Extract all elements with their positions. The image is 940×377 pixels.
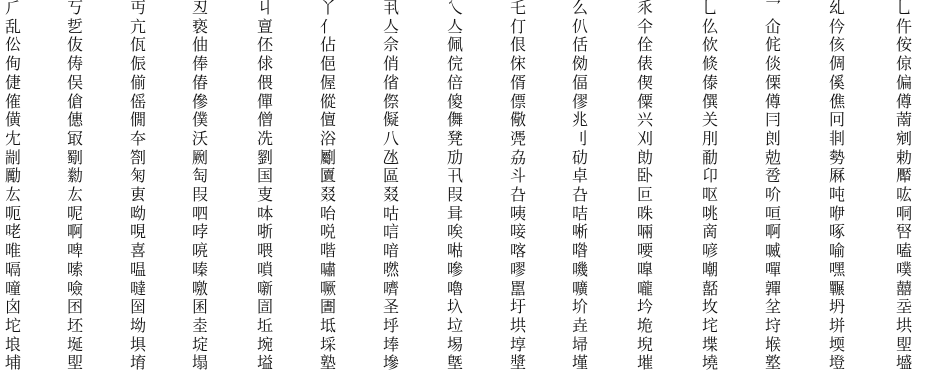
grid-cell: 啊 bbox=[765, 222, 787, 241]
grid-cell: 呦 bbox=[130, 204, 152, 223]
grid-cell: 僡 bbox=[67, 110, 89, 129]
grid-cell: 垪 bbox=[829, 316, 851, 335]
grid-cell: 倐 bbox=[702, 54, 724, 73]
grid-cell: 僤 bbox=[257, 92, 279, 111]
grid-cell: 叴 bbox=[572, 185, 594, 204]
grid-cell: 乀 bbox=[447, 0, 469, 17]
grid-cell: 唯 bbox=[5, 241, 27, 260]
grid-cell: 劦 bbox=[510, 148, 532, 167]
grid-cell: 剕 bbox=[829, 129, 851, 148]
grid-cell: 叚 bbox=[192, 185, 214, 204]
grid-cell: 儆 bbox=[510, 110, 532, 129]
grid-cell: 倍 bbox=[447, 73, 469, 92]
grid-cell: 喭 bbox=[702, 241, 724, 260]
grid-cell: 关 bbox=[702, 110, 724, 129]
grid-cell: 僄 bbox=[510, 92, 532, 111]
grid-cell: 俕 bbox=[510, 54, 532, 73]
grid-cell: 亢 bbox=[130, 17, 152, 36]
grid-cell: 哾 bbox=[320, 222, 342, 241]
grid-cell: 呬 bbox=[192, 204, 214, 223]
grid-cell: 劢 bbox=[447, 148, 469, 167]
grid-cell: 堞 bbox=[702, 335, 724, 354]
grid-row: 呃呢呦呬呠咍咕咠咦咭咮咷咺咿哃 bbox=[0, 204, 940, 223]
grid-cell: 傖 bbox=[67, 92, 89, 111]
grid-cell: 僎 bbox=[702, 92, 724, 111]
grid-cell: 堲 bbox=[67, 353, 89, 372]
grid-cell: 嘇 bbox=[447, 260, 469, 279]
grid-row: 傕傖傜傪僤傱傺傻僄僇僳僎僔僬僔 bbox=[0, 92, 940, 111]
grid-cell: 冃 bbox=[765, 110, 787, 129]
grid-cell: 亼 bbox=[383, 17, 405, 36]
grid-row: 僙僡僩僕僧儃儗儛儆兆兴关冃冋萳 bbox=[0, 110, 940, 129]
grid-cell: 埲 bbox=[383, 335, 405, 354]
grid-cell: 傱 bbox=[320, 92, 342, 111]
grid-cell: 嚭 bbox=[702, 279, 724, 298]
grid-cell: 夲 bbox=[130, 129, 152, 148]
grid-row: 埌埏埧埞埦埰埲埸埻埽堄堞堠堧堲 bbox=[0, 335, 940, 354]
grid-cell: 囶 bbox=[130, 297, 152, 316]
grid-cell: 坍 bbox=[829, 297, 851, 316]
grid-cell: 僔 bbox=[765, 92, 787, 111]
grid-cell: 喈 bbox=[320, 241, 342, 260]
grid-cell: 塌 bbox=[192, 353, 214, 372]
grid-cell: 哱 bbox=[192, 222, 214, 241]
grid-cell: 匊 bbox=[130, 166, 152, 185]
grid-cell: 圣 bbox=[383, 297, 405, 316]
grid-cell: 嚲 bbox=[765, 279, 787, 298]
grid-cell: 嗝 bbox=[5, 260, 27, 279]
grid-cell: 僕 bbox=[192, 110, 214, 129]
grid-cell: 勢 bbox=[829, 148, 851, 167]
grid-cell: 囟 bbox=[5, 297, 27, 316]
grid-cell: 噇 bbox=[5, 279, 27, 298]
grid-cell: 伾 bbox=[257, 35, 279, 54]
grid-cell: 唉 bbox=[447, 222, 469, 241]
grid-cell: 伷 bbox=[192, 35, 214, 54]
grid-cell: 塧 bbox=[257, 353, 279, 372]
grid-cell: 喓 bbox=[637, 241, 659, 260]
grid-cell: 坌 bbox=[765, 297, 787, 316]
grid-cell: 坵 bbox=[257, 316, 279, 335]
grid-cell: 斗 bbox=[510, 166, 532, 185]
grid-cell: 埰 bbox=[320, 335, 342, 354]
grid-cell: 剆 bbox=[765, 129, 787, 148]
grid-cell: 圿 bbox=[572, 297, 594, 316]
grid-cell: 呢 bbox=[67, 204, 89, 223]
grid-cell: 剜 bbox=[896, 129, 918, 148]
grid-cell: 埦 bbox=[257, 335, 279, 354]
grid-cell: 俦 bbox=[67, 54, 89, 73]
grid-cell: 傒 bbox=[829, 73, 851, 92]
grid-cell: 劂 bbox=[192, 148, 214, 167]
grid-cell: 堲 bbox=[896, 335, 918, 354]
grid-cell: 叕 bbox=[320, 185, 342, 204]
grid-cell: 吨 bbox=[829, 185, 851, 204]
grid-cell: 坯 bbox=[67, 316, 89, 335]
grid-cell: 侒 bbox=[896, 35, 918, 54]
grid-row: 埔堲堉塌塧塾墋墍墏墐墔墝墪墱墭 bbox=[0, 353, 940, 372]
grid-cell: 埸 bbox=[447, 335, 469, 354]
grid-cell: 匋 bbox=[192, 166, 214, 185]
grid-cell: 偓 bbox=[320, 73, 342, 92]
grid-cell: 囍 bbox=[896, 279, 918, 298]
grid-cell: 坅 bbox=[637, 297, 659, 316]
grid-row: 噇噞噠噭噺噘嚌嚕嚚嚝嚨嚭嚲囅囍 bbox=[0, 279, 940, 298]
grid-cell: 圁 bbox=[257, 297, 279, 316]
grid-cell: 丫 bbox=[320, 0, 342, 17]
grid-cell: 仵 bbox=[896, 17, 918, 36]
grid-cell: 劯 bbox=[572, 148, 594, 167]
grid-cell: 么 bbox=[572, 0, 594, 17]
grid-cell: 喑 bbox=[383, 241, 405, 260]
grid-cell: 厷 bbox=[5, 185, 27, 204]
grid-cell: 丏 bbox=[130, 0, 152, 17]
grid-cell: 卺 bbox=[765, 166, 787, 185]
grid-cell: 哃 bbox=[896, 204, 918, 223]
grid-cell: 勊 bbox=[765, 148, 787, 167]
grid-cell: 叴 bbox=[510, 185, 532, 204]
grid-cell: 丂 bbox=[67, 0, 89, 17]
grid-cell: 乑 bbox=[637, 0, 659, 17]
grid-row: 倢俣偂偆偎偓偗倍偦偪偰傣傈傒偏 bbox=[0, 73, 940, 92]
grid-cell: 勆 bbox=[637, 148, 659, 167]
grid-row: 唯啤喜喨喂喈喑喖喀喒喓喭喴喻嗑 bbox=[0, 241, 940, 260]
grid-cell: 儃 bbox=[320, 110, 342, 129]
grid-cell: 嘷 bbox=[637, 260, 659, 279]
character-grid: ⺁丂丏丒丩丫丮乀乇么乑乚乛乣乚乱乴亢亵亶亻亼亼仃仈仐仫仚仱仵伀伖佤伷伾佔佘佩佷佸… bbox=[0, 0, 940, 377]
grid-cell: 厴 bbox=[896, 166, 918, 185]
grid-cell: 嚌 bbox=[383, 279, 405, 298]
grid-cell: 厷 bbox=[67, 185, 89, 204]
grid-cell: 嚕 bbox=[447, 279, 469, 298]
grid-cell: 垃 bbox=[447, 316, 469, 335]
grid-cell: 倓 bbox=[765, 54, 787, 73]
grid-cell: 噺 bbox=[257, 279, 279, 298]
grid-cell: 勵 bbox=[5, 166, 27, 185]
grid-row: 乱乴亢亵亶亻亼亼仃仈仐仫仚仱仵 bbox=[0, 17, 940, 36]
grid-cell: 咍 bbox=[320, 204, 342, 223]
grid-cell: 佸 bbox=[572, 35, 594, 54]
grid-cell: 喖 bbox=[447, 241, 469, 260]
grid-cell: 嘲 bbox=[702, 260, 724, 279]
grid-cell: 墐 bbox=[572, 353, 594, 372]
grid-cell: 侚 bbox=[5, 54, 27, 73]
grid-cell: 堠 bbox=[765, 335, 787, 354]
grid-cell: 乇 bbox=[510, 0, 532, 17]
grid-cell: 兆 bbox=[572, 110, 594, 129]
grid-cell: 倢 bbox=[5, 73, 27, 92]
grid-cell: 俲 bbox=[572, 54, 594, 73]
grid-cell: 俒 bbox=[447, 54, 469, 73]
grid-cell: 仫 bbox=[702, 17, 724, 36]
grid-cell: 喂 bbox=[257, 241, 279, 260]
grid-cell: 塾 bbox=[320, 353, 342, 372]
grid-cell: 仈 bbox=[572, 17, 594, 36]
grid-cell: 偰 bbox=[637, 73, 659, 92]
grid-cell: 乱 bbox=[5, 17, 27, 36]
grid-cell: 叀 bbox=[130, 185, 152, 204]
grid-cell: 僧 bbox=[257, 110, 279, 129]
grid-cell: 喀 bbox=[510, 241, 532, 260]
grid-cell: 乣 bbox=[829, 0, 851, 17]
grid-cell: 儗 bbox=[383, 110, 405, 129]
grid-cell: 偗 bbox=[383, 73, 405, 92]
grid-cell: 僙 bbox=[5, 110, 27, 129]
grid-cell: 乴 bbox=[67, 17, 89, 36]
grid-cell: 勬 bbox=[67, 166, 89, 185]
grid-cell: 吤 bbox=[765, 185, 787, 204]
grid-cell: 唘 bbox=[896, 222, 918, 241]
grid-cell: 卂 bbox=[447, 166, 469, 185]
grid-cell: 唁 bbox=[383, 222, 405, 241]
grid-cell: 僇 bbox=[572, 92, 594, 111]
grid-cell: 咿 bbox=[829, 204, 851, 223]
grid-cell: 亼 bbox=[447, 17, 469, 36]
grid-cell: 堉 bbox=[130, 353, 152, 372]
grid-cell: 咺 bbox=[765, 204, 787, 223]
grid-cell: 乚 bbox=[896, 0, 918, 17]
grid-cell: 噘 bbox=[320, 279, 342, 298]
grid-cell: 倞 bbox=[896, 54, 918, 73]
grid-cell: 埞 bbox=[192, 335, 214, 354]
grid-cell: 亵 bbox=[192, 17, 214, 36]
grid-cell: 俸 bbox=[192, 54, 214, 73]
grid-cell: 墏 bbox=[510, 353, 532, 372]
grid-cell: 咦 bbox=[510, 204, 532, 223]
grid-cell: 嘰 bbox=[572, 260, 594, 279]
grid-cell: 仚 bbox=[765, 17, 787, 36]
grid-cell: 嘐 bbox=[510, 260, 532, 279]
grid-cell: 啇 bbox=[702, 222, 724, 241]
grid-cell: 嗪 bbox=[192, 260, 214, 279]
grid-cell: 嘯 bbox=[320, 260, 342, 279]
grid-cell: 俣 bbox=[67, 73, 89, 92]
grid-cell: 噗 bbox=[896, 260, 918, 279]
grid-row: 囟囨囶囷圁圕圣圦圩圿坅坆坌坍坖 bbox=[0, 297, 940, 316]
grid-cell: 傪 bbox=[192, 92, 214, 111]
grid-cell: 凴 bbox=[510, 129, 532, 148]
grid-cell: 嘽 bbox=[765, 260, 787, 279]
grid-cell: 囅 bbox=[829, 279, 851, 298]
grid-row: 坨坯坳坴坵坻垀垃垬垚垝垞垨垪垬 bbox=[0, 316, 940, 335]
grid-cell: 啤 bbox=[67, 241, 89, 260]
grid-cell: 俵 bbox=[637, 54, 659, 73]
grid-cell: 八 bbox=[383, 129, 405, 148]
grid-cell: 劚 bbox=[320, 148, 342, 167]
grid-cell: 乚 bbox=[702, 0, 724, 17]
grid-cell: 仃 bbox=[510, 17, 532, 36]
grid-cell: 咭 bbox=[572, 204, 594, 223]
grid-cell: 僳 bbox=[637, 92, 659, 111]
grid-cell: 叕 bbox=[383, 185, 405, 204]
grid-cell: 冣 bbox=[67, 129, 89, 148]
grid-cell: 勅 bbox=[896, 148, 918, 167]
grid-cell: 亶 bbox=[257, 17, 279, 36]
grid-cell: 墍 bbox=[447, 353, 469, 372]
grid-cell: 亻 bbox=[320, 17, 342, 36]
grid-cell: 坖 bbox=[896, 297, 918, 316]
grid-cell: 噞 bbox=[67, 279, 89, 298]
grid-cell: 伖 bbox=[67, 35, 89, 54]
grid-cell: 唼 bbox=[510, 222, 532, 241]
grid-cell: 乛 bbox=[765, 0, 787, 17]
grid-cell: 埔 bbox=[5, 353, 27, 372]
grid-cell: 咕 bbox=[383, 204, 405, 223]
grid-cell: 侅 bbox=[829, 35, 851, 54]
grid-cell: 叵 bbox=[637, 185, 659, 204]
grid-cell: 區 bbox=[383, 166, 405, 185]
grid-cell: 囨 bbox=[67, 297, 89, 316]
grid-cell: 呠 bbox=[257, 204, 279, 223]
grid-cell: 嗢 bbox=[130, 260, 152, 279]
grid-cell: 丩 bbox=[257, 0, 279, 17]
grid-cell: 啊 bbox=[67, 222, 89, 241]
grid-cell: 喨 bbox=[192, 241, 214, 260]
grid-cell: 匵 bbox=[320, 166, 342, 185]
grid-cell: 堄 bbox=[637, 335, 659, 354]
grid-cell: 侂 bbox=[765, 35, 787, 54]
grid-cell: 兴 bbox=[637, 110, 659, 129]
grid-cell: 佔 bbox=[320, 35, 342, 54]
grid-cell: 哳 bbox=[257, 222, 279, 241]
grid-cell: 垞 bbox=[702, 316, 724, 335]
grid-cell: 啢 bbox=[637, 222, 659, 241]
grid-cell: 墭 bbox=[896, 353, 918, 372]
grid-cell: 僔 bbox=[896, 92, 918, 111]
grid-cell: 嗑 bbox=[896, 241, 918, 260]
grid-cell: 丮 bbox=[383, 0, 405, 17]
grid-cell: 偦 bbox=[510, 73, 532, 92]
grid-cell: 佤 bbox=[130, 35, 152, 54]
grid-cell: 僩 bbox=[130, 110, 152, 129]
grid-cell: 劉 bbox=[257, 148, 279, 167]
grid-cell: 墝 bbox=[702, 353, 724, 372]
grid-cell: 嗩 bbox=[257, 260, 279, 279]
grid-cell: 刈 bbox=[637, 129, 659, 148]
grid-cell: 堧 bbox=[829, 335, 851, 354]
grid-row: 冘冣夲沃冼浴八凳凴刂刈刖剆剕剜 bbox=[0, 129, 940, 148]
grid-cell: 嗦 bbox=[67, 260, 89, 279]
grid-cell: 喴 bbox=[765, 241, 787, 260]
grid-cell: 嘫 bbox=[383, 260, 405, 279]
grid-row: 勵勬匊匋国匵區卂斗卓卧卬卺厤厴 bbox=[0, 166, 940, 185]
grid-cell: 萳 bbox=[896, 110, 918, 129]
grid-cell: 卧 bbox=[637, 166, 659, 185]
grid-cell: 叓 bbox=[257, 185, 279, 204]
grid-cell: 嘿 bbox=[829, 260, 851, 279]
grid-cell: 喒 bbox=[572, 241, 594, 260]
grid-cell: 劅 bbox=[67, 148, 89, 167]
grid-cell: 叚 bbox=[447, 185, 469, 204]
grid-cell: 傺 bbox=[383, 92, 405, 111]
grid-cell: 俅 bbox=[257, 54, 279, 73]
grid-cell: 偂 bbox=[130, 73, 152, 92]
grid-cell: 佷 bbox=[510, 35, 532, 54]
grid-row: 厷厷叀叚叓叕叕叚叴叴叵呕吤吨吰 bbox=[0, 185, 940, 204]
grid-cell: 墔 bbox=[637, 353, 659, 372]
grid-cell: 坳 bbox=[130, 316, 152, 335]
grid-cell: 呃 bbox=[5, 204, 27, 223]
grid-cell: 勈 bbox=[702, 148, 724, 167]
grid-cell: 埧 bbox=[130, 335, 152, 354]
grid-cell: 傕 bbox=[5, 92, 27, 111]
grid-row: 咾啊哯哱哳哾唁唉唼唽啢啇啊啄唘 bbox=[0, 222, 940, 241]
grid-cell: 凳 bbox=[447, 129, 469, 148]
grid-cell: 僬 bbox=[829, 92, 851, 111]
grid-cell: 丒 bbox=[192, 0, 214, 17]
grid-cell: 咾 bbox=[5, 222, 27, 241]
grid-cell: 冋 bbox=[829, 110, 851, 129]
grid-cell: 墋 bbox=[383, 353, 405, 372]
grid-cell: 咠 bbox=[447, 204, 469, 223]
grid-cell: 垚 bbox=[572, 316, 594, 335]
grid-cell: 浴 bbox=[320, 129, 342, 148]
grid-cell: 墱 bbox=[829, 353, 851, 372]
grid-cell: 垬 bbox=[510, 316, 532, 335]
grid-cell: 垨 bbox=[765, 316, 787, 335]
grid-cell: 埻 bbox=[510, 335, 532, 354]
grid-cell: 刖 bbox=[702, 129, 724, 148]
grid-cell: 唽 bbox=[572, 222, 594, 241]
grid-cell: 墪 bbox=[765, 353, 787, 372]
grid-row: 剬劅劄劂劉劚氹劢劦劯勆勈勊勢勅 bbox=[0, 148, 940, 167]
grid-cell: 喻 bbox=[829, 241, 851, 260]
grid-cell: 偪 bbox=[572, 73, 594, 92]
grid-row: ⺁丂丏丒丩丫丮乀乇么乑乚乛乣乚 bbox=[0, 0, 940, 17]
grid-row: 侚俦侲俸俅俋俏俒俕俲俵倐倓倜倞 bbox=[0, 54, 940, 73]
grid-cell: 垝 bbox=[637, 316, 659, 335]
grid-cell: 噭 bbox=[192, 279, 214, 298]
grid-row: 伀伖佤伷伾佔佘佩佷佸佺佽侂侅侒 bbox=[0, 35, 940, 54]
grid-cell: 仐 bbox=[637, 17, 659, 36]
grid-cell: 咷 bbox=[702, 204, 724, 223]
grid-cell: 呕 bbox=[702, 185, 724, 204]
grid-cell: 佺 bbox=[637, 35, 659, 54]
grid-cell: 圩 bbox=[510, 297, 532, 316]
grid-cell: 坨 bbox=[5, 316, 27, 335]
grid-cell: 劄 bbox=[130, 148, 152, 167]
grid-cell: 佘 bbox=[383, 35, 405, 54]
grid-cell: 圦 bbox=[447, 297, 469, 316]
grid-cell: 傣 bbox=[702, 73, 724, 92]
grid-cell: 嚨 bbox=[637, 279, 659, 298]
grid-cell: 垬 bbox=[896, 316, 918, 335]
grid-cell: 伀 bbox=[5, 35, 27, 54]
grid-row: 嗝嗦嗢嗪嗩嘯嘫嘇嘐嘰嘷嘲嘽嘿噗 bbox=[0, 260, 940, 279]
grid-cell: 厤 bbox=[829, 166, 851, 185]
grid-cell: 倜 bbox=[829, 54, 851, 73]
grid-cell: 偏 bbox=[896, 73, 918, 92]
grid-cell: 埏 bbox=[67, 335, 89, 354]
grid-cell: 傜 bbox=[130, 92, 152, 111]
grid-cell: 侲 bbox=[130, 54, 152, 73]
grid-cell: 噠 bbox=[130, 279, 152, 298]
grid-cell: 囷 bbox=[192, 297, 214, 316]
grid-cell: 偎 bbox=[257, 73, 279, 92]
grid-cell: 冼 bbox=[257, 129, 279, 148]
grid-cell: 坻 bbox=[320, 316, 342, 335]
grid-cell: 刂 bbox=[572, 129, 594, 148]
grid-cell: 嚝 bbox=[572, 279, 594, 298]
grid-cell: 冘 bbox=[5, 129, 27, 148]
grid-cell: 沃 bbox=[192, 129, 214, 148]
grid-cell: 圕 bbox=[320, 297, 342, 316]
grid-cell: 坴 bbox=[192, 316, 214, 335]
grid-cell: ⺁ bbox=[5, 0, 27, 17]
grid-cell: 偆 bbox=[192, 73, 214, 92]
grid-cell: 埌 bbox=[5, 335, 27, 354]
grid-cell: 哯 bbox=[130, 222, 152, 241]
